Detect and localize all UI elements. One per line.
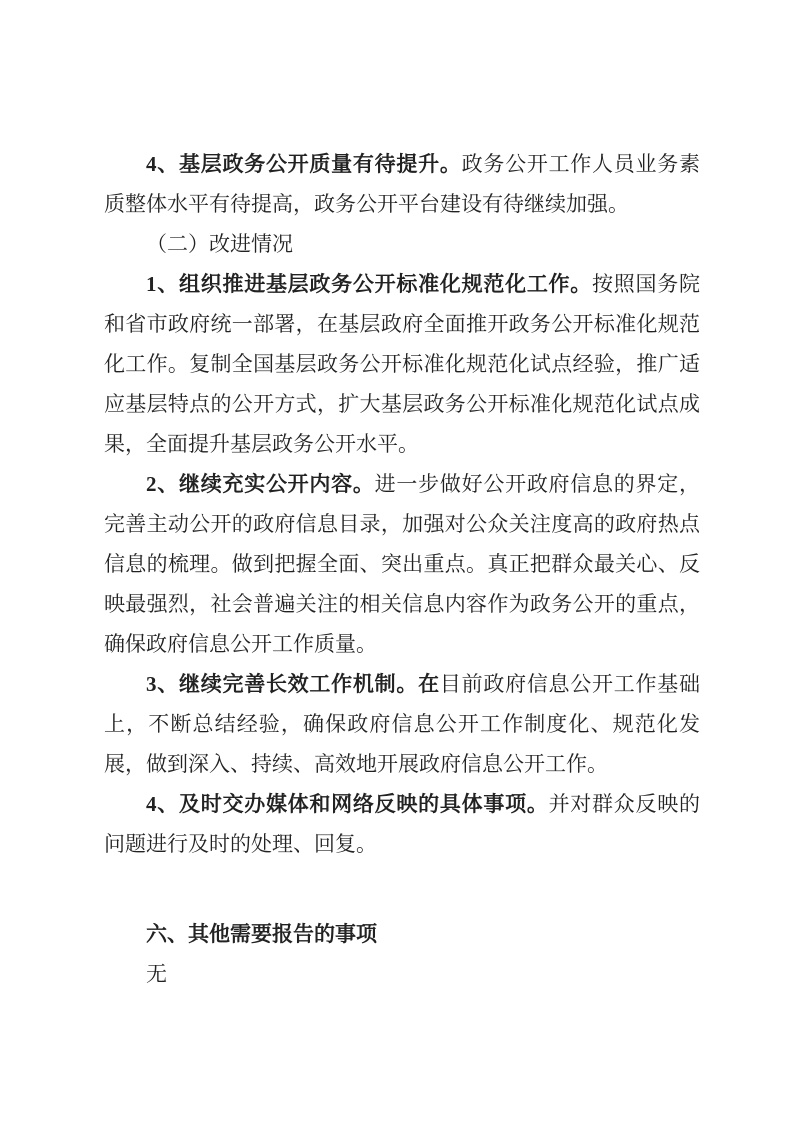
document-page: 4、基层政务公开质量有待提升。政务公开工作人员业务素质整体水平有待提高，政务公开… [0, 0, 793, 1122]
run-none-value: 无 [146, 962, 167, 986]
run-bold-improvement-1-title: 1、组织推进基层政务公开标准化规范化工作。 [146, 272, 592, 296]
run-bold-improvement-3-title: 3、继续完善长效工作机制。在 [146, 672, 440, 696]
subsection-title-improvements: （二）改进情况 [104, 224, 700, 264]
run-bold-improvement-4-title: 4、及时交办媒体和网络反映的具体事项。 [146, 792, 549, 816]
run-improvement-1-body: 按照国务院和省市政府统一部署，在基层政府全面推开政务公开标准化规范化工作。复制全… [104, 272, 700, 456]
section-title-other-items: 六、其他需要报告的事项 [104, 914, 700, 954]
para-improvement-2: 2、继续充实公开内容。进一步做好公开政府信息的界定，完善主动公开的政府信息目录，… [104, 464, 700, 664]
para-improvement-3: 3、继续完善长效工作机制。在目前政府信息公开工作基础上，不断总结经验，确保政府信… [104, 664, 700, 784]
para-none: 无 [104, 954, 700, 994]
para-improvement-1: 1、组织推进基层政务公开标准化规范化工作。按照国务院和省市政府统一部署，在基层政… [104, 264, 700, 464]
run-section-title-other-items: 六、其他需要报告的事项 [146, 922, 377, 946]
run-bold-issue-4-title: 4、基层政务公开质量有待提升。 [146, 152, 462, 176]
para-improvement-4: 4、及时交办媒体和网络反映的具体事项。并对群众反映的问题进行及时的处理、回复。 [104, 784, 700, 864]
run-subsection-title: （二）改进情况 [146, 232, 293, 256]
para-issue-4: 4、基层政务公开质量有待提升。政务公开工作人员业务素质整体水平有待提高，政务公开… [104, 144, 700, 224]
run-improvement-2-body: 进一步做好公开政府信息的界定，完善主动公开的政府信息目录，加强对公众关注度高的政… [104, 472, 700, 656]
run-bold-improvement-2-title: 2、继续充实公开内容。 [146, 472, 375, 496]
